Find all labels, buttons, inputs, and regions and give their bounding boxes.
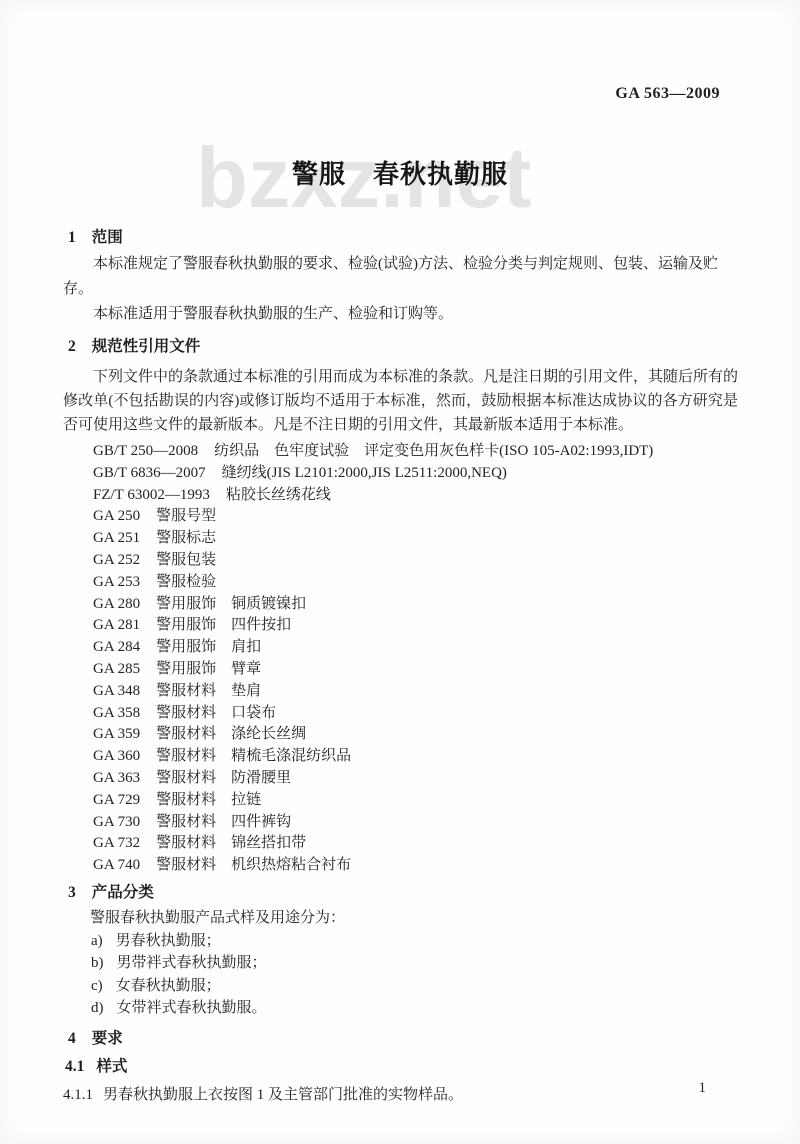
reference-code: FZ/T 63002—1993 bbox=[93, 487, 210, 503]
document-title: 警服 春秋执勤服 bbox=[0, 154, 800, 191]
reference-code: GA 252 bbox=[93, 552, 140, 568]
reference-title: 警服检验 bbox=[156, 574, 216, 590]
classification-intro: 警服春秋执勤服产品式样及用途分为： bbox=[63, 907, 738, 930]
scope-paragraph-1: 本标准规定了警服春秋执勤服的要求、检验(试验)方法、检验分类与判定规则、包装、运… bbox=[63, 252, 738, 302]
clause-text: 男春秋执勤服上衣按图 1 及主管部门批准的实物样品。 bbox=[103, 1087, 463, 1103]
reference-code: GA 251 bbox=[93, 530, 140, 546]
reference-code: GA 732 bbox=[93, 835, 140, 851]
reference-item: GA 363警服材料 防滑腰里 bbox=[93, 768, 738, 790]
reference-title: 警服材料 垫肩 bbox=[156, 683, 261, 699]
reference-code: GA 360 bbox=[93, 748, 140, 764]
section-number: 4.1 bbox=[65, 1058, 84, 1075]
page-number: 1 bbox=[699, 1080, 707, 1097]
reference-code: GB/T 250—2008 bbox=[93, 443, 198, 459]
reference-title: 警服材料 机织热熔粘合衬布 bbox=[156, 857, 351, 873]
section-number: 4 bbox=[68, 1030, 76, 1047]
reference-item: GA 348警服材料 垫肩 bbox=[93, 681, 738, 703]
reference-code: GA 740 bbox=[93, 857, 140, 873]
section-title: 要求 bbox=[92, 1030, 123, 1047]
reference-item: GA 360警服材料 精梳毛涤混纺织品 bbox=[93, 746, 738, 768]
reference-code: GA 284 bbox=[93, 639, 140, 655]
classification-item: d)女带袢式春秋执勤服。 bbox=[91, 997, 738, 1019]
reference-title: 缝纫线(JIS L2101:2000,JIS L2511:2000,NEQ) bbox=[222, 465, 507, 481]
section-2-heading: 2规范性引用文件 bbox=[63, 337, 738, 357]
classification-item: b)男带袢式春秋执勤服； bbox=[91, 952, 738, 974]
reference-item: GA 251警服标志 bbox=[93, 528, 738, 550]
reference-item: GA 285警用服饰 臂章 bbox=[93, 659, 738, 681]
classification-list: a)男春秋执勤服； b)男带袢式春秋执勤服； c)女春秋执勤服； d)女带袢式春… bbox=[63, 930, 738, 1019]
reference-title: 警服材料 四件裤钩 bbox=[156, 814, 291, 830]
item-label: a) bbox=[91, 933, 103, 949]
reference-title: 警服材料 锦丝搭扣带 bbox=[156, 835, 306, 851]
reference-code: GA 348 bbox=[93, 683, 140, 699]
item-text: 男带袢式春秋执勤服； bbox=[117, 955, 267, 971]
reference-title: 警服材料 口袋布 bbox=[156, 705, 276, 721]
classification-item: a)男春秋执勤服； bbox=[91, 930, 738, 952]
standard-code: GA 563—2009 bbox=[615, 85, 720, 103]
reference-item: GA 732警服材料 锦丝搭扣带 bbox=[93, 833, 738, 855]
reference-title: 警服材料 防滑腰里 bbox=[156, 770, 291, 786]
reference-title: 警服号型 bbox=[156, 508, 216, 524]
reference-code: GB/T 6836—2007 bbox=[93, 465, 206, 481]
item-text: 男春秋执勤服； bbox=[116, 933, 221, 949]
reference-title: 警服材料 涤纶长丝绸 bbox=[156, 726, 306, 742]
reference-title: 警用服饰 四件按扣 bbox=[156, 617, 291, 633]
section-4-1-heading: 4.1样式 bbox=[63, 1057, 738, 1077]
section-number: 1 bbox=[68, 229, 76, 246]
reference-code: GA 730 bbox=[93, 814, 140, 830]
reference-item: GA 284警用服饰 肩扣 bbox=[93, 637, 738, 659]
reference-code: GA 250 bbox=[93, 508, 140, 524]
reference-item: GA 252警服包装 bbox=[93, 550, 738, 572]
item-text: 女带袢式春秋执勤服。 bbox=[117, 1000, 267, 1016]
title-block: bzxz.net 警服 春秋执勤服 bbox=[0, 120, 800, 230]
section-title: 规范性引用文件 bbox=[92, 338, 201, 355]
section-title: 范围 bbox=[92, 229, 123, 246]
item-label: d) bbox=[91, 1000, 104, 1016]
reference-item: GA 730警服材料 四件裤钩 bbox=[93, 812, 738, 834]
item-label: c) bbox=[91, 978, 103, 994]
item-text: 女春秋执勤服； bbox=[116, 978, 221, 994]
reference-code: GA 280 bbox=[93, 596, 140, 612]
reference-title: 警服材料 拉链 bbox=[156, 792, 261, 808]
reference-item: GA 281警用服饰 四件按扣 bbox=[93, 615, 738, 637]
reference-code: GA 729 bbox=[93, 792, 140, 808]
document-body: 1范围 本标准规定了警服春秋执勤服的要求、检验(试验)方法、检验分类与判定规则、… bbox=[63, 222, 738, 1106]
reference-code: GA 358 bbox=[93, 705, 140, 721]
reference-item: GA 359警服材料 涤纶长丝绸 bbox=[93, 724, 738, 746]
reference-item: GA 253警服检验 bbox=[93, 572, 738, 594]
reference-item: GA 358警服材料 口袋布 bbox=[93, 703, 738, 725]
reference-title: 纺织品 色牢度试验 评定变色用灰色样卡(ISO 105-A02:1993,IDT… bbox=[214, 443, 653, 459]
reference-title: 粘胶长丝绣花线 bbox=[226, 487, 331, 503]
section-4-1-1-paragraph: 4.1.1男春秋执勤服上衣按图 1 及主管部门批准的实物样品。 bbox=[63, 1085, 738, 1106]
reference-item: GA 250警服号型 bbox=[93, 506, 738, 528]
section-3-heading: 3产品分类 bbox=[63, 883, 738, 903]
section-number: 3 bbox=[68, 884, 76, 901]
document-page: GA 563—2009 bzxz.net 警服 春秋执勤服 1范围 本标准规定了… bbox=[0, 0, 800, 1144]
section-4-heading: 4要求 bbox=[63, 1029, 738, 1049]
section-title: 样式 bbox=[96, 1058, 127, 1075]
normative-references-intro: 下列文件中的条款通过本标准的引用而成为本标准的条款。凡是注日期的引用文件，其随后… bbox=[63, 365, 738, 437]
reference-item: GB/T 6836—2007缝纫线(JIS L2101:2000,JIS L25… bbox=[93, 463, 738, 485]
section-title: 产品分类 bbox=[92, 884, 154, 901]
reference-title: 警服包装 bbox=[156, 552, 216, 568]
reference-code: GA 285 bbox=[93, 661, 140, 677]
scope-paragraph-2: 本标准适用于警服春秋执勤服的生产、检验和订购等。 bbox=[63, 302, 738, 327]
reference-item: GA 280警用服饰 铜质镀镍扣 bbox=[93, 594, 738, 616]
reference-item: GA 729警服材料 拉链 bbox=[93, 790, 738, 812]
reference-title: 警用服饰 铜质镀镍扣 bbox=[156, 596, 306, 612]
item-label: b) bbox=[91, 955, 104, 971]
reference-title: 警服标志 bbox=[156, 530, 216, 546]
reference-item: GA 740警服材料 机织热熔粘合衬布 bbox=[93, 855, 738, 877]
classification-item: c)女春秋执勤服； bbox=[91, 975, 738, 997]
reference-title: 警用服饰 臂章 bbox=[156, 661, 261, 677]
section-number: 2 bbox=[68, 338, 76, 355]
reference-code: GA 281 bbox=[93, 617, 140, 633]
reference-item: GB/T 250—2008纺织品 色牢度试验 评定变色用灰色样卡(ISO 105… bbox=[93, 441, 738, 463]
reference-item: FZ/T 63002—1993粘胶长丝绣花线 bbox=[93, 485, 738, 507]
section-number: 4.1.1 bbox=[63, 1087, 93, 1103]
reference-list: GB/T 250—2008纺织品 色牢度试验 评定变色用灰色样卡(ISO 105… bbox=[63, 441, 738, 877]
reference-code: GA 253 bbox=[93, 574, 140, 590]
reference-title: 警服材料 精梳毛涤混纺织品 bbox=[156, 748, 351, 764]
reference-code: GA 363 bbox=[93, 770, 140, 786]
section-1-heading: 1范围 bbox=[63, 228, 738, 248]
reference-title: 警用服饰 肩扣 bbox=[156, 639, 261, 655]
reference-code: GA 359 bbox=[93, 726, 140, 742]
